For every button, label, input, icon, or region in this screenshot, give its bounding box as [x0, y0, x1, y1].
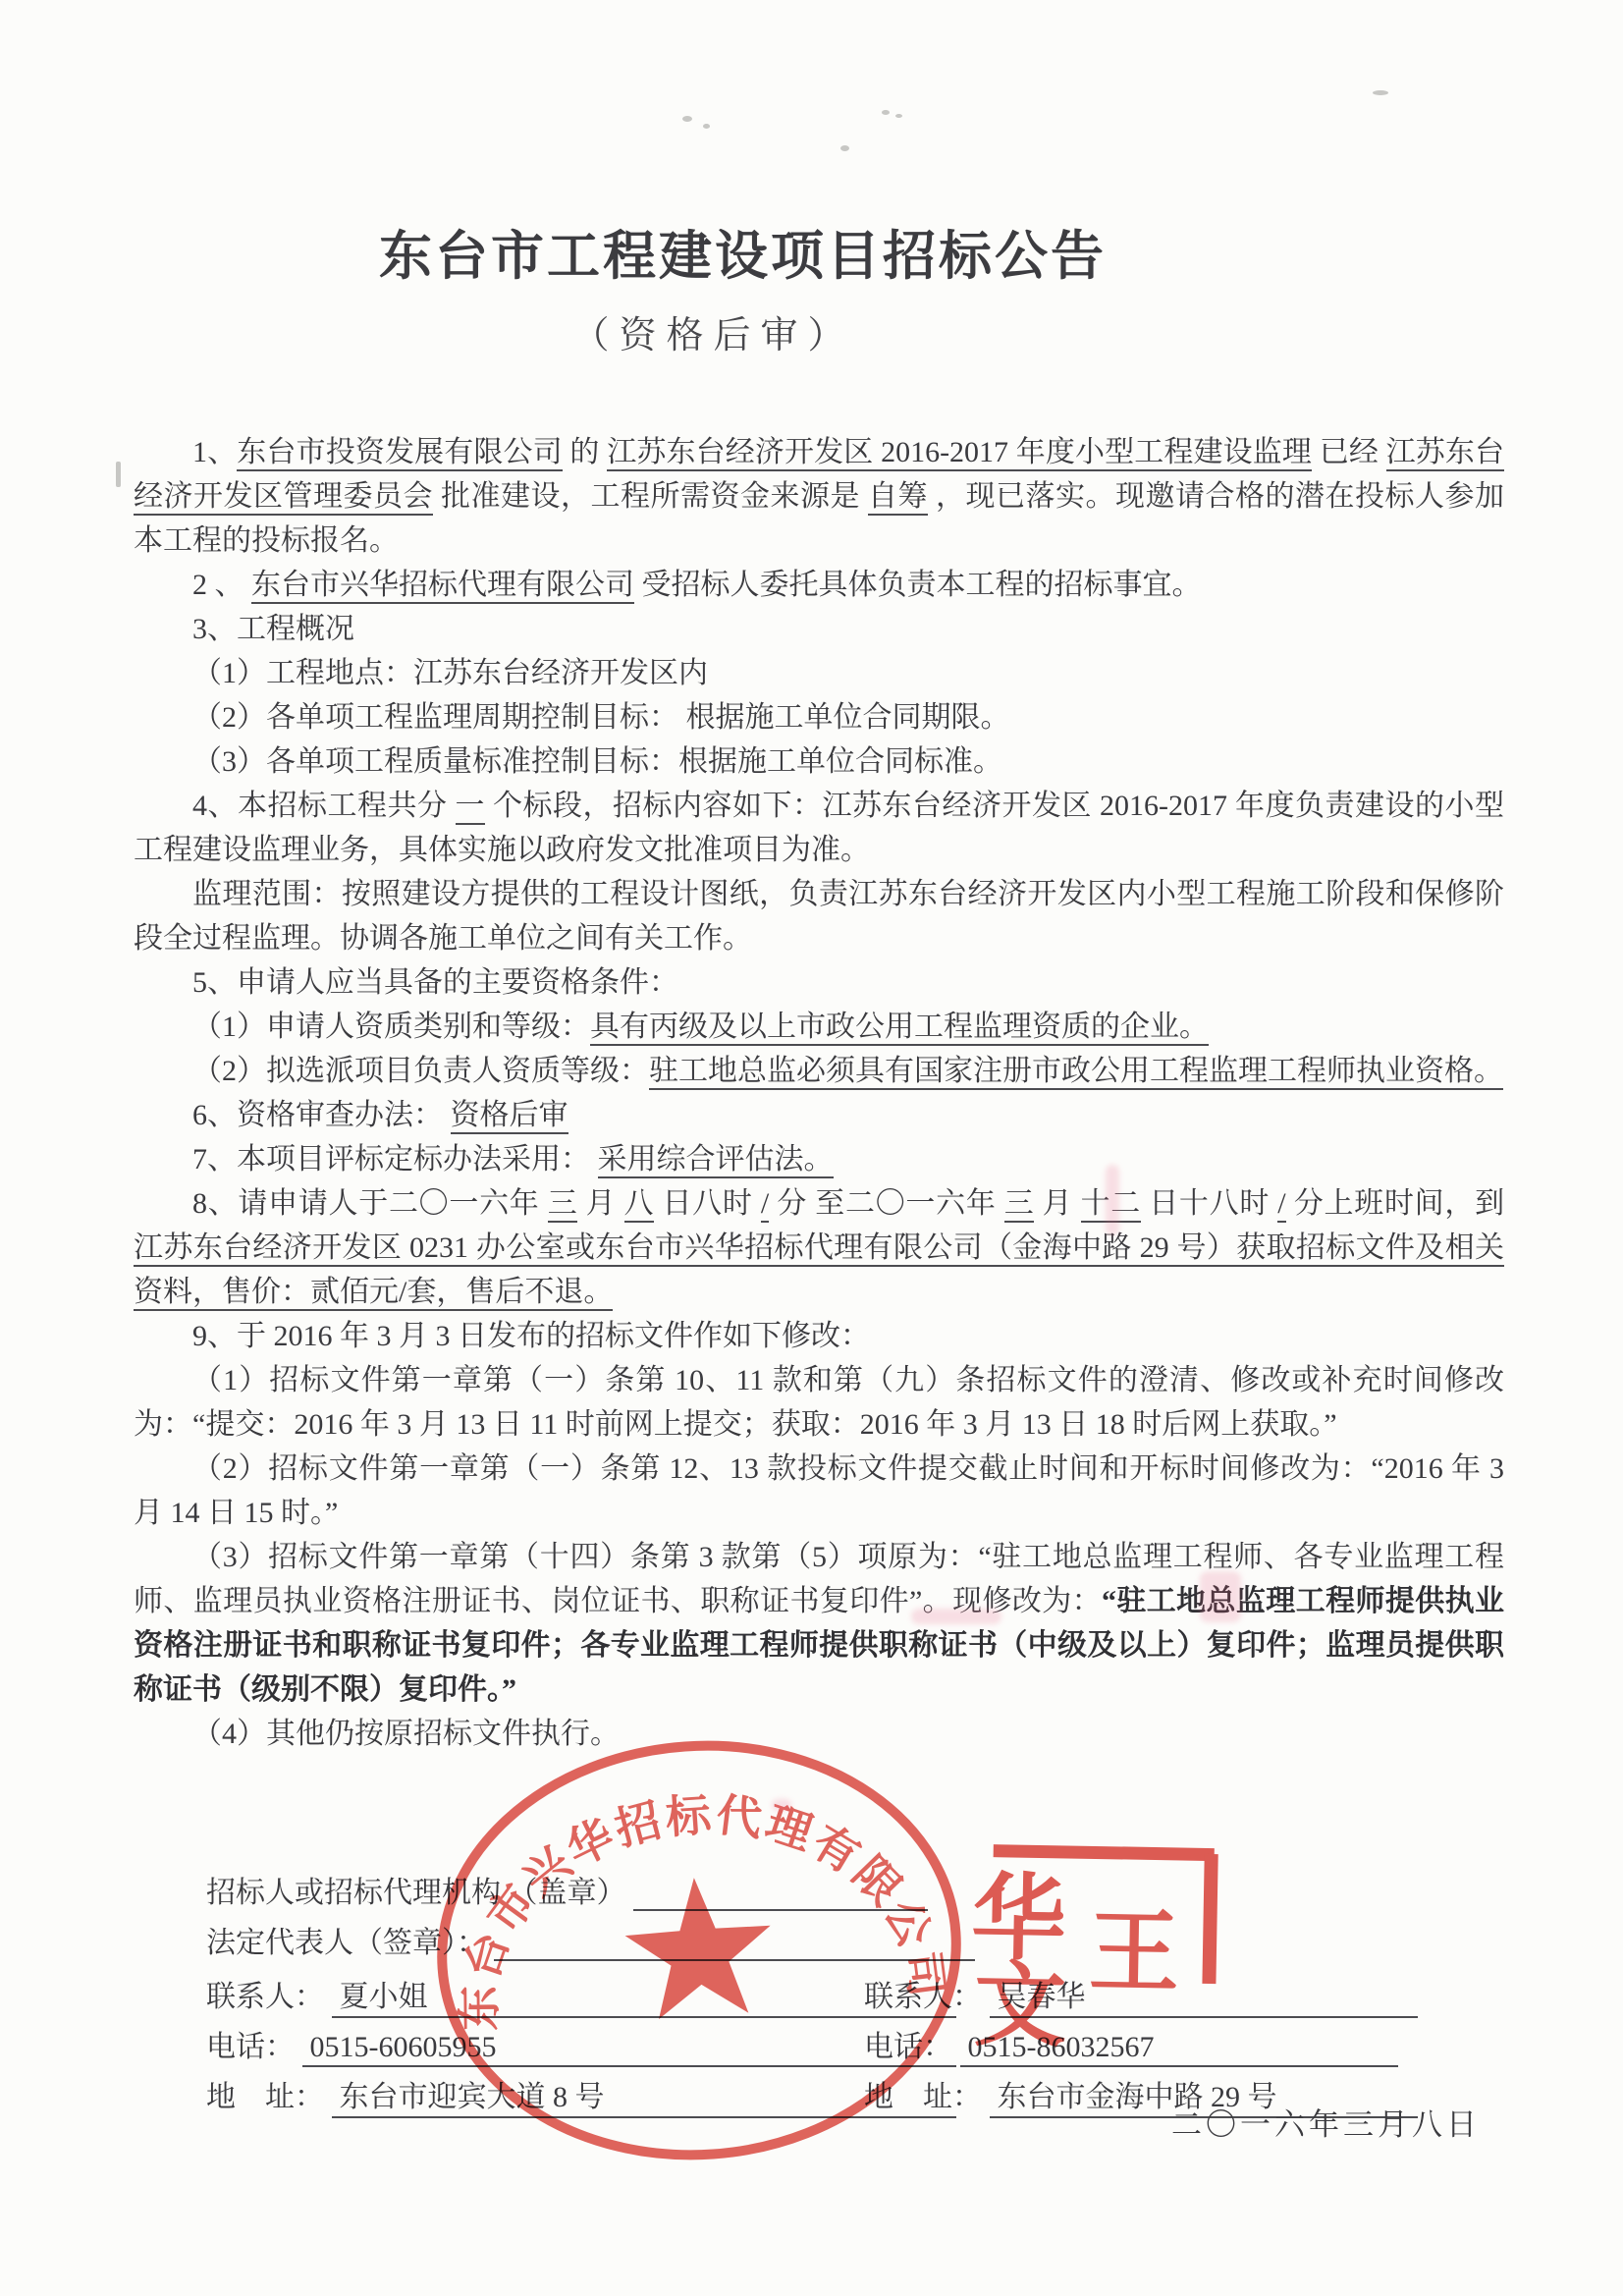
stamp-line-blank	[633, 1880, 928, 1911]
scan-speck	[116, 462, 121, 487]
scan-speck	[703, 124, 710, 129]
underlined-segment: 三	[1004, 1187, 1035, 1223]
address-label-left: 地 址：	[206, 2081, 324, 2113]
stamp-line-row: 招标人或招标代理机构 （盖章）	[206, 1868, 928, 1911]
name-seal-frame-top	[994, 1844, 1215, 1861]
text-segment: （1）工程地点：江苏东台经济开发区内	[192, 657, 708, 689]
text-segment: 监理范围：按照建设方提供的工程设计图纸，负责江苏东台经济开发区内小型工程施工阶段…	[134, 878, 1504, 955]
scanned-document-page: 东台市工程建设项目招标公告 （资格后审） 1、东台市投资发展有限公司 的 江苏东…	[0, 0, 1623, 2296]
paragraph: 4、本招标工程共分 一 个标段，招标内容如下：江苏东台经济开发区 2016-20…	[134, 784, 1504, 872]
text-segment: 月	[577, 1187, 623, 1220]
name-seal-frame-right	[1202, 1854, 1217, 1984]
text-segment: 8、请申请人于二〇一六年	[192, 1187, 548, 1220]
paragraph: （3）招标文件第一章第（十四）条第 3 款第（5）项原为：“驻工地总监理工程师、…	[134, 1535, 1504, 1712]
text-segment: 6、资格审查办法：	[192, 1099, 451, 1131]
paragraph: 6、资格审查办法： 资格后审	[134, 1093, 1504, 1137]
phone-label-right: 电话：	[864, 2031, 952, 2063]
paragraph: （3）各单项工程质量标准控制目标：根据施工单位合同标准。	[134, 739, 1504, 784]
sign-line-row: 法定代表人（签章）：	[206, 1918, 975, 1961]
scan-speck	[682, 116, 692, 122]
underlined-segment: 资格后审	[451, 1099, 568, 1134]
text-segment: 的	[563, 436, 607, 468]
document-body: 1、东台市投资发展有限公司 的 江苏东台经济开发区 2016-2017 年度小型…	[134, 430, 1504, 1756]
paragraph: 7、本项目评标定标办法采用： 采用综合评估法。	[134, 1137, 1504, 1181]
paragraph: 5、申请人应当具备的主要资格条件：	[134, 960, 1504, 1005]
scan-smudge	[1200, 1571, 1241, 1622]
text-segment: 3、工程概况	[192, 613, 354, 645]
scan-speck	[840, 145, 849, 151]
name-seal-char: 华	[971, 1872, 1067, 1968]
scan-smudge	[1106, 1165, 1119, 1235]
text-segment: （2）招标文件第一章第（一）条第 12、13 款投标文件提交截止时间和开标时间修…	[134, 1452, 1504, 1529]
paragraph: （2）拟选派项目负责人资质等级：驻工地总监必须具有国家注册市政公用工程监理工程师…	[134, 1049, 1504, 1093]
text-segment: 9、于 2016 年 3 月 3 日发布的招标文件作如下修改：	[192, 1320, 870, 1352]
scan-smudge	[772, 1799, 791, 1811]
address-left: 东台市迎宾大道 8 号	[332, 2072, 956, 2118]
underlined-segment: 江苏东台经济开发区 0231 办公室或东台市兴华招标代理有限公司（金海中路 29…	[134, 1231, 1504, 1311]
scan-speck	[1373, 90, 1388, 95]
text-segment: 分上班时间，到	[1286, 1187, 1504, 1220]
underlined-segment: 驻工地总监必须具有国家注册市政公用工程监理工程师执业资格。	[649, 1055, 1503, 1090]
underlined-segment: 采用综合评估法。	[598, 1143, 834, 1178]
underlined-segment: /	[761, 1187, 769, 1223]
paragraph: （2）招标文件第一章第（一）条第 12、13 款投标文件提交截止时间和开标时间修…	[134, 1447, 1504, 1535]
text-segment: 1、	[192, 436, 237, 468]
text-segment: 2 、	[192, 569, 251, 601]
underlined-segment: 自筹	[868, 480, 928, 516]
paragraph: 监理范围：按照建设方提供的工程设计图纸，负责江苏东台经济开发区内小型工程施工阶段…	[134, 872, 1504, 960]
scan-speck	[882, 110, 890, 115]
underlined-segment: 东台市投资发展有限公司	[237, 436, 563, 471]
phone-label-left: 电话：	[206, 2031, 295, 2063]
underlined-segment: 江苏东台经济开发区 2016-2017 年度小型工程建设监理	[607, 436, 1312, 471]
text-segment: 5、申请人应当具备的主要资格条件：	[192, 966, 678, 999]
page-subtitle: （资格后审）	[0, 304, 1525, 358]
paragraph: （4）其他仍按原招标文件执行。	[134, 1712, 1504, 1756]
text-segment: 7、本项目评标定标办法采用：	[192, 1143, 598, 1175]
paragraph: 8、请申请人于二〇一六年 三 月 八 日八时 / 分 至二〇一六年 三 月 十二…	[134, 1181, 1504, 1314]
paragraph: （2）各单项工程监理周期控制目标： 根据施工单位合同期限。	[134, 695, 1504, 739]
underlined-segment: 三	[548, 1187, 578, 1223]
text-segment: （1）招标文件第一章第（一）条第 10、11 款和第（九）条招标文件的澄清、修改…	[134, 1364, 1504, 1441]
contact-label-left: 联系人：	[206, 1981, 324, 2013]
contact-label-right: 联系人：	[864, 1981, 982, 2013]
contact-right: 吴春华	[990, 1972, 1418, 2018]
text-segment: （4）其他仍按原招标文件执行。	[192, 1718, 620, 1750]
text-segment: 日十八时	[1141, 1187, 1277, 1220]
underlined-segment: /	[1277, 1187, 1285, 1223]
underlined-segment: 具有丙级及以上市政公用工程监理资质的企业。	[590, 1011, 1209, 1046]
scan-smudge	[911, 1609, 1001, 1624]
underlined-segment: 八	[624, 1187, 655, 1223]
phone-right: 0515-86032567	[960, 2031, 1398, 2067]
sign-line-blank	[494, 1930, 975, 1961]
text-segment: 分 至二〇一六年	[769, 1187, 1004, 1220]
paragraph: 1、东台市投资发展有限公司 的 江苏东台经济开发区 2016-2017 年度小型…	[134, 430, 1504, 563]
text-segment: 月	[1034, 1187, 1080, 1220]
document-date: 二〇一六年三月八日	[1171, 2100, 1481, 2144]
paragraph: （1）申请人资质类别和等级：具有丙级及以上市政公用工程监理资质的企业。	[134, 1005, 1504, 1049]
contact-row: 联系人： 夏小姐 联系人： 吴春华	[206, 1972, 1504, 2018]
paragraph: （1）工程地点：江苏东台经济开发区内	[134, 651, 1504, 695]
paragraph: 3、工程概况	[134, 607, 1504, 651]
phone-row: 电话： 0515-60605955 电话： 0515-86032567	[206, 2022, 1504, 2067]
paragraph: 9、于 2016 年 3 月 3 日发布的招标文件作如下修改：	[134, 1314, 1504, 1358]
text-segment: 批准建设，工程所需资金来源是	[433, 480, 868, 513]
text-segment: （2）拟选派项目负责人资质等级：	[192, 1055, 649, 1087]
text-segment: （2）各单项工程监理周期控制目标： 根据施工单位合同期限。	[192, 701, 1010, 734]
text-segment: 受招标人委托具体负责本工程的招标事宜。	[634, 569, 1202, 601]
paragraph: （1）招标文件第一章第（一）条第 10、11 款和第（九）条招标文件的澄清、修改…	[134, 1358, 1504, 1447]
sign-line-label: 法定代表人（签章）：	[206, 1927, 486, 1959]
phone-left: 0515-60605955	[302, 2031, 956, 2067]
text-segment: （3）各单项工程质量标准控制目标：根据施工单位合同标准。	[192, 745, 1002, 778]
paragraph: 2 、 东台市兴华招标代理有限公司 受招标人委托具体负责本工程的招标事宜。	[134, 563, 1504, 607]
text-segment: 日八时	[654, 1187, 761, 1220]
scan-speck	[895, 114, 902, 118]
text-segment: 4、本招标工程共分	[192, 790, 456, 822]
underlined-segment: 东台市兴华招标代理有限公司	[251, 569, 634, 604]
stamp-line-label: 招标人或招标代理机构 （盖章）	[206, 1877, 626, 1909]
text-segment: （1）申请人资质类别和等级：	[192, 1011, 590, 1043]
address-label-right: 地 址：	[864, 2081, 982, 2113]
page-title: 东台市工程建设项目招标公告	[0, 214, 1554, 290]
contact-left: 夏小姐	[332, 1972, 956, 2018]
underlined-segment: 一	[456, 790, 486, 825]
text-segment: 已经	[1312, 436, 1386, 468]
